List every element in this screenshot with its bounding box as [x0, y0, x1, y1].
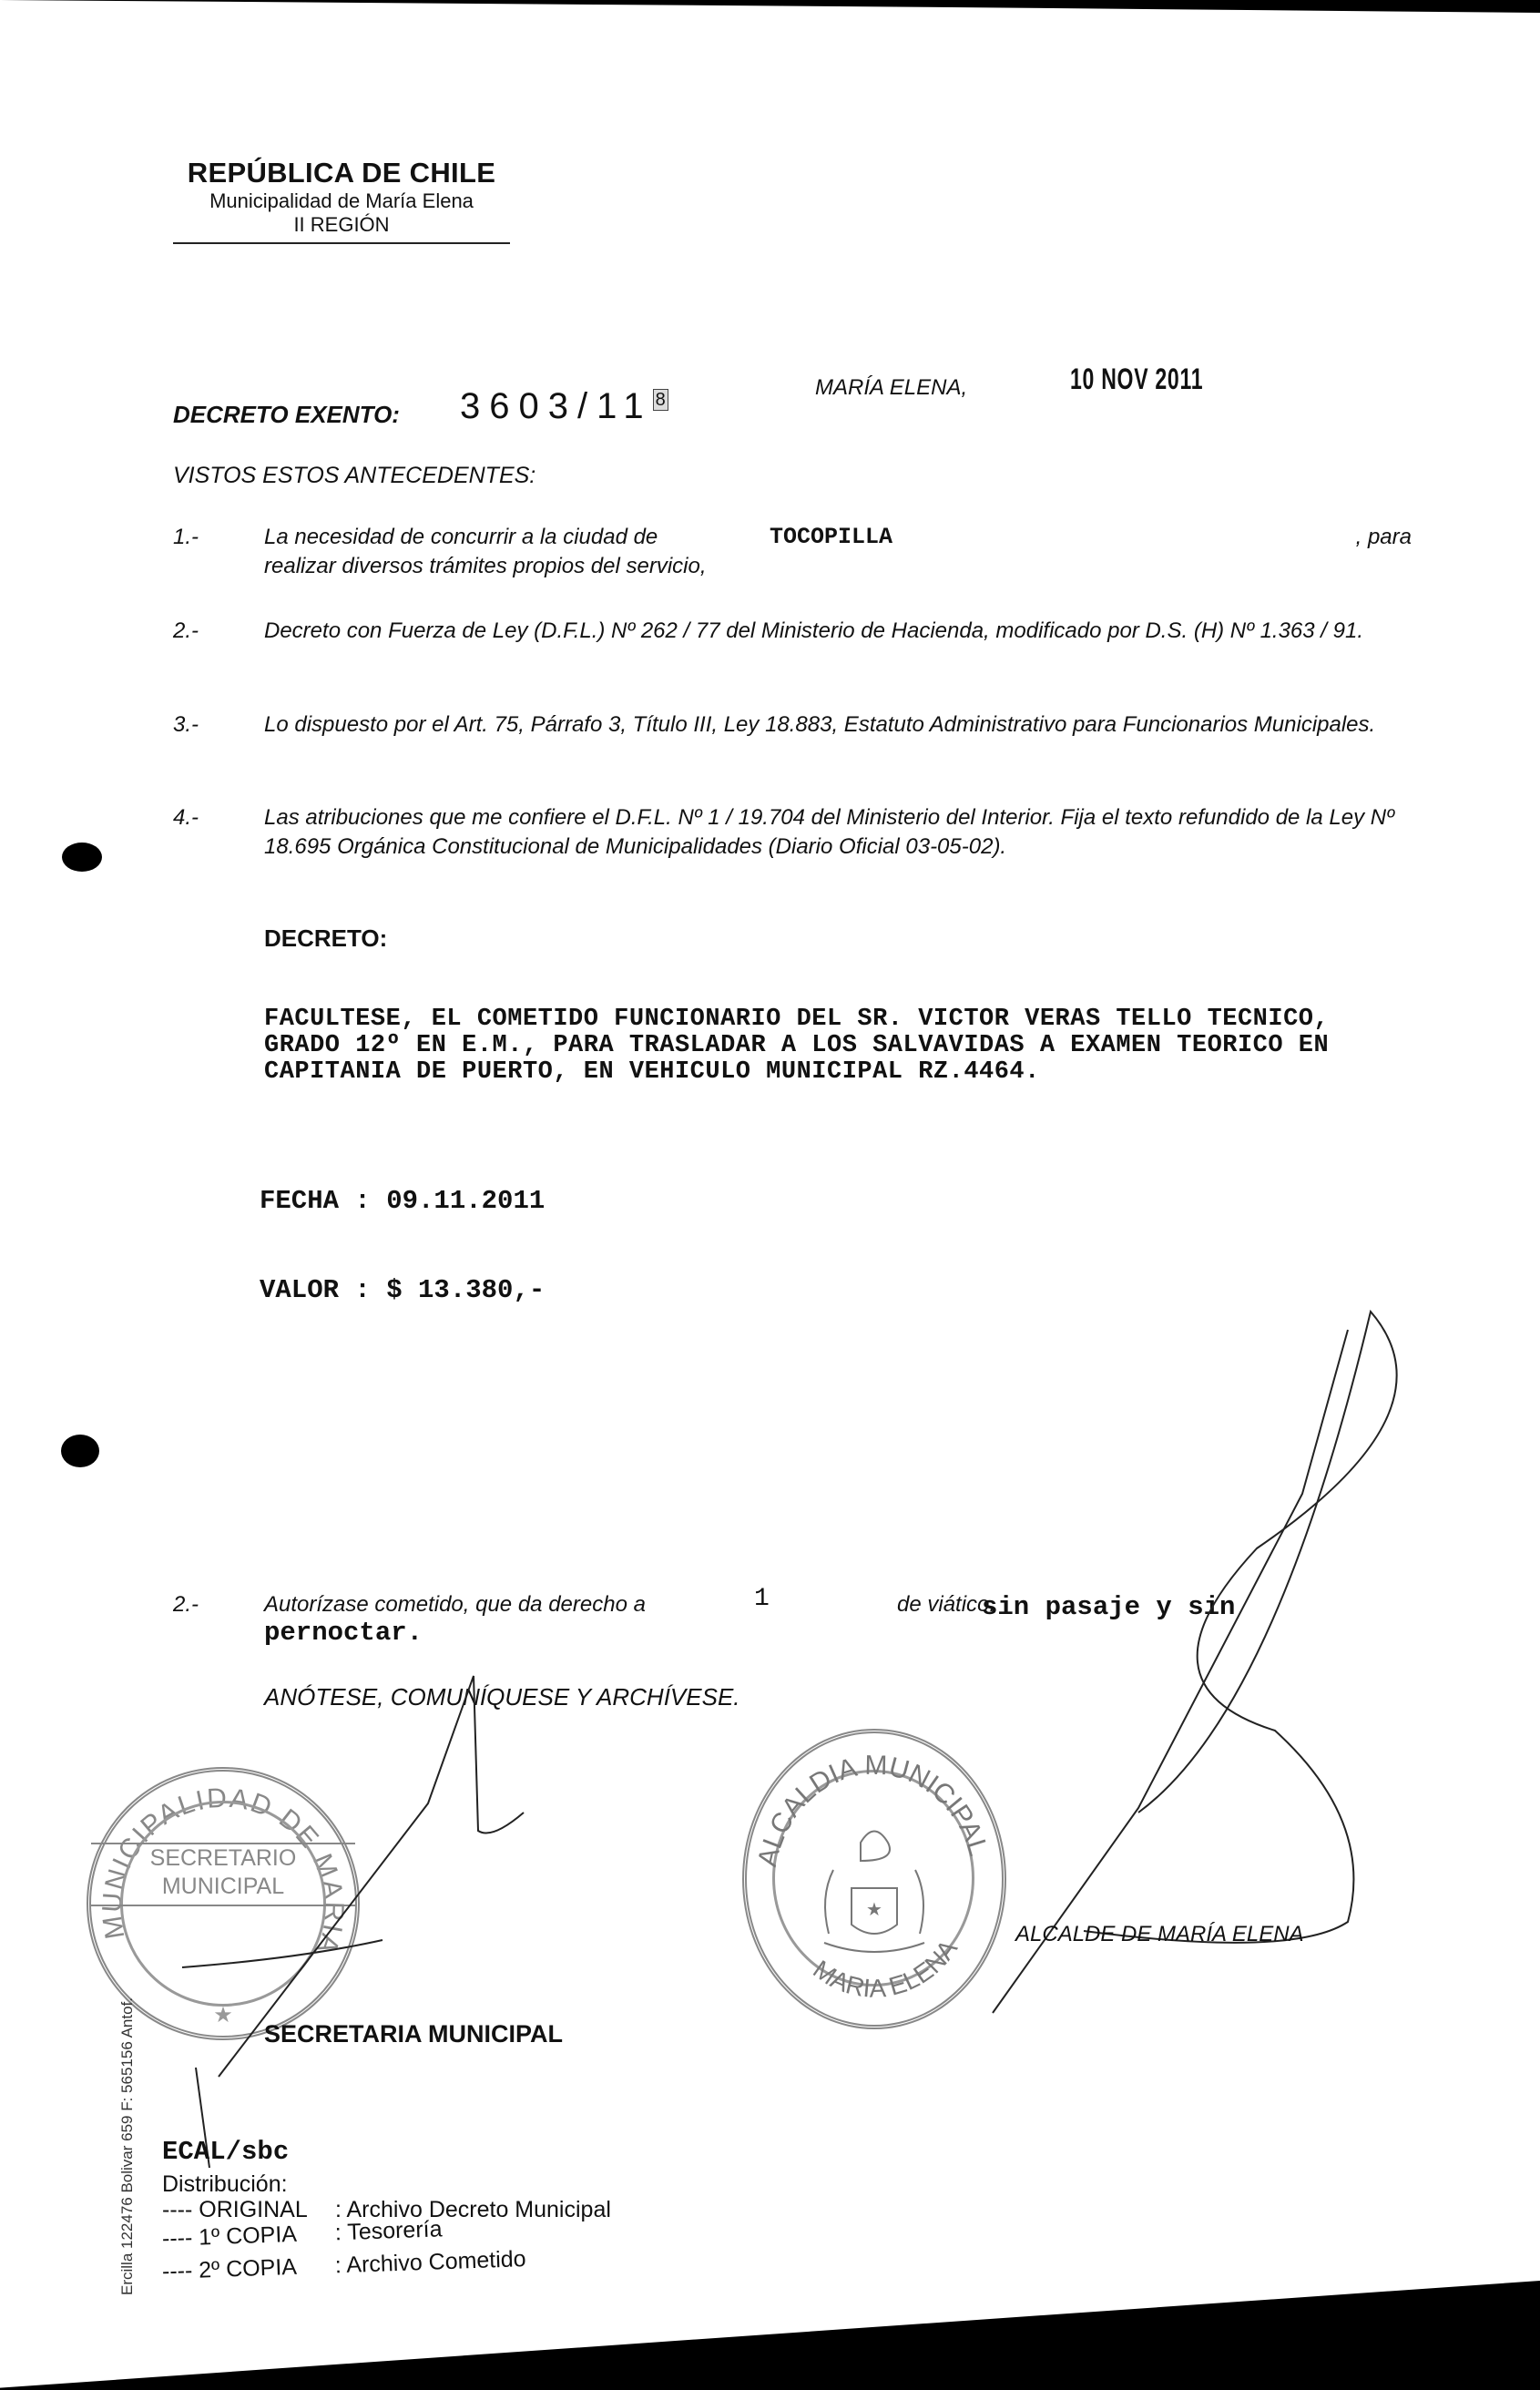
distribution-destination: : Tesorería	[334, 2216, 443, 2245]
punch-hole-icon	[61, 1435, 99, 1467]
antecedent-item: 3.- Lo dispuesto por el Art. 75, Párrafo…	[173, 710, 1430, 740]
distribution-title: Distribución:	[162, 2171, 288, 2198]
item-suffix: , para	[1356, 523, 1412, 552]
mayor-signature-title: ALCALDE DE MARÍA ELENA	[1015, 1922, 1304, 1947]
vistos-title: VISTOS ESTOS ANTECEDENTES:	[173, 463, 535, 489]
decreto-title: DECRETO:	[264, 924, 387, 953]
item-text: Las atribuciones que me confiere el D.F.…	[264, 803, 1430, 862]
decreto-valor: VALOR : $ 13.380,-	[260, 1275, 545, 1305]
letterhead: REPÚBLICA DE CHILE Municipalidad de Marí…	[173, 157, 510, 244]
authorization-conditions-cont: pernoctar.	[264, 1618, 423, 1648]
mayor-seal-icon: ALCALDIA MUNICIPAL MARIA ELENA ★	[742, 1729, 1006, 2029]
distribution-copy: ---- ORIGINAL	[162, 2197, 335, 2223]
authorization-number: 2.-	[173, 1592, 199, 1618]
item-text-continued: realizar diversos trámites propios del s…	[264, 552, 1430, 581]
decreto-body: FACULTESE, EL COMETIDO FUNCIONARIO DEL S…	[264, 1006, 1412, 1086]
viatico-quantity: 1	[754, 1585, 770, 1613]
municipality-name: Municipalidad de María Elena	[173, 189, 510, 213]
distribution-item: ---- 2º COPIA: Archivo Cometido	[161, 2246, 526, 2285]
secretary-signature-title: SECRETARIA MUNICIPAL	[264, 2020, 563, 2048]
distribution-copy: ---- 1º COPIA	[161, 2220, 335, 2252]
decree-number-superscript: 8	[653, 389, 668, 411]
reference-initials: ECAL/sbc	[162, 2137, 289, 2167]
distribution-copy: ---- 2º COPIA	[161, 2252, 335, 2285]
punch-hole-icon	[62, 843, 102, 872]
decreto-fecha: FECHA : 09.11.2011	[260, 1186, 545, 1216]
decree-city: MARÍA ELENA,	[815, 375, 967, 401]
authorization-text: Autorízase cometido, que da derecho a	[264, 1592, 646, 1618]
closing-formula: ANÓTESE, COMUNÍQUESE Y ARCHÍVESE.	[264, 1683, 740, 1711]
country-title: REPÚBLICA DE CHILE	[173, 157, 510, 189]
svg-text:ALCALDIA MUNICIPAL: ALCALDIA MUNICIPAL	[752, 1751, 994, 1870]
item-text: Decreto con Fuerza de Ley (D.F.L.) Nº 26…	[264, 617, 1430, 646]
seal-text: SECRETARIO	[91, 1844, 355, 1873]
item-number: 2.-	[173, 617, 199, 646]
svg-text:★: ★	[866, 1900, 882, 1920]
decree-number-value: 3603/11	[460, 386, 653, 426]
decree-label: DECRETO EXENTO:	[173, 401, 400, 429]
svg-text:★: ★	[213, 2003, 233, 2027]
item-number: 1.-	[173, 523, 199, 552]
item-number: 4.-	[173, 803, 199, 832]
destination-city: TOCOPILLA	[770, 523, 892, 552]
antecedent-item: 1.- La necesidad de concurrir a la ciuda…	[173, 523, 1430, 581]
authorization-text-b: de viático.	[897, 1592, 995, 1618]
scan-edge-top	[0, 0, 1540, 13]
region-name: II REGIÓN	[173, 213, 510, 237]
item-number: 3.-	[173, 710, 199, 740]
item-text: Lo dispuesto por el Art. 75, Párrafo 3, …	[264, 710, 1430, 740]
antecedent-item: 4.- Las atribuciones que me confiere el …	[173, 803, 1430, 862]
seal-text: MUNICIPAL	[91, 1873, 355, 1901]
scan-edge-bottom	[0, 2281, 1540, 2390]
authorization-conditions: sin pasaje y sin	[982, 1592, 1235, 1622]
antecedent-item: 2.- Decreto con Fuerza de Ley (D.F.L.) N…	[173, 617, 1430, 646]
printer-imprint: Ercilla 122476 Bolivar 659 F: 565156 Ant…	[118, 1997, 137, 2295]
date-stamp: 10 NOV 2011	[1070, 363, 1203, 396]
decree-number: 3603/118	[460, 386, 668, 427]
distribution-destination: : Archivo Cometido	[334, 2246, 526, 2278]
